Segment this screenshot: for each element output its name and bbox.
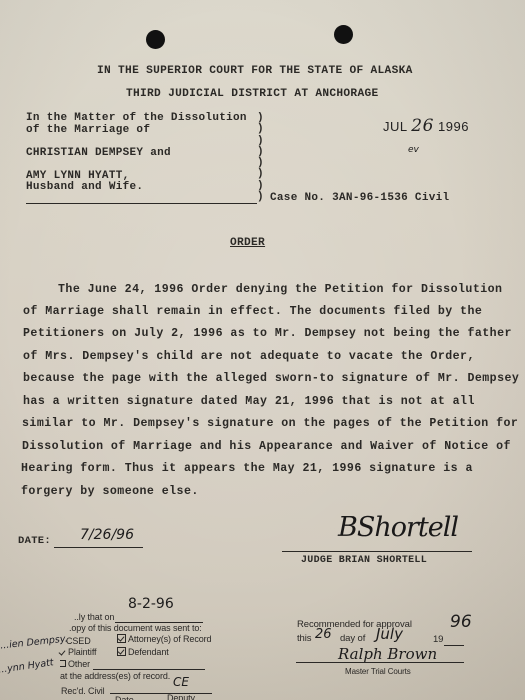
- certificate-address: at the address(es) of record.: [60, 671, 170, 681]
- plaintiff-checkbox: [59, 649, 66, 656]
- master-title: Master Trial Courts: [345, 667, 411, 676]
- body-line: forgery by someone else.: [21, 485, 199, 498]
- caption-parentheses: ) ) ) ) ) ) ) ): [257, 113, 264, 203]
- recipient-plaintiff: Plaintiff: [59, 647, 96, 657]
- approval-year-prefix: 19: [433, 634, 443, 645]
- punch-hole-left: [146, 30, 165, 49]
- recipient-label: Attorney(s) of Record: [128, 634, 211, 644]
- caption-rule: [26, 203, 257, 204]
- date-label: DATE:: [18, 535, 51, 547]
- body-line: Dissolution of Marriage and his Appearan…: [22, 440, 511, 453]
- certificate-line: .opy of this document was sent to:: [69, 623, 202, 633]
- punch-hole-right: [334, 25, 353, 44]
- other-checkbox: [60, 660, 66, 667]
- certificate-date: 8-2-96: [128, 596, 174, 612]
- recipient-other: Other: [60, 659, 90, 669]
- body-line: has a written signature dated May 21, 19…: [23, 395, 475, 408]
- recipient-defendant: Defendant: [117, 647, 169, 657]
- deputy-initials: CE: [173, 675, 189, 689]
- caption-line: of the Marriage of: [26, 124, 150, 136]
- recipient-label: Defendant: [128, 647, 169, 657]
- approval-year: 96: [450, 612, 472, 632]
- body-line: Hearing form. Thus it appears the May 21…: [21, 462, 473, 475]
- attorney-checkbox: [117, 634, 126, 643]
- recipient-label: Plaintiff: [68, 647, 96, 657]
- stamp-year: 1996: [438, 119, 469, 134]
- approval-month: July: [376, 625, 403, 643]
- master-signature-rule: [296, 662, 464, 663]
- stamp-day: 26: [411, 116, 434, 136]
- received-rule: [110, 693, 212, 694]
- caption-line: Husband and Wife.: [26, 181, 143, 193]
- received-label: Rec'd. Civil: [61, 686, 105, 696]
- judicial-district: THIRD JUDICIAL DISTRICT AT ANCHORAGE: [126, 88, 379, 100]
- date-column-label: Date: [115, 695, 134, 700]
- recipient-csed: CSED: [66, 636, 91, 646]
- clerk-initials: ev: [408, 145, 419, 155]
- document-title: ORDER: [230, 237, 265, 249]
- defendant-checkbox: [117, 647, 126, 656]
- body-line: of Mrs. Dempsey's child are not adequate…: [23, 350, 475, 363]
- date-rule: [54, 547, 143, 548]
- recipient-label: Other: [68, 659, 90, 669]
- recipient-label: CSED: [66, 636, 91, 646]
- filed-date-stamp: JUL 26 1996: [383, 116, 469, 136]
- body-line: The June 24, 1996 Order denying the Peti…: [58, 283, 502, 296]
- stamp-month: JUL: [383, 119, 407, 134]
- master-signature: Ralph Brown: [338, 645, 437, 663]
- other-rule: [93, 669, 205, 670]
- recipient-attorney: Attorney(s) of Record: [117, 634, 211, 644]
- approval-day: 26: [315, 627, 332, 642]
- caption-line: In the Matter of the Dissolution: [26, 112, 247, 124]
- case-number: Case No. 3AN-96-1536 Civil: [270, 192, 449, 204]
- body-line: similar to Mr. Dempsey's signature on th…: [22, 417, 518, 430]
- judge-signature: BShortell: [338, 512, 458, 543]
- approval-year-rule: [444, 645, 464, 646]
- certificate-line: ..ly that on: [74, 612, 114, 622]
- body-line: Petitioners on July 2, 1996 as to Mr. De…: [23, 327, 512, 340]
- body-line: of Marriage shall remain in effect. The …: [23, 305, 482, 318]
- approval-day-label: day of: [340, 633, 365, 644]
- approval-this-label: this: [297, 633, 311, 644]
- signature-rule: [282, 551, 472, 552]
- deputy-column-label: Deputy: [167, 693, 195, 700]
- judge-name: JUDGE BRIAN SHORTELL: [301, 555, 427, 566]
- caption-petitioner: CHRISTIAN DEMPSEY and: [26, 147, 171, 159]
- body-line: because the page with the alleged sworn-…: [23, 372, 519, 385]
- signed-date: 7/26/96: [80, 527, 134, 543]
- court-name: IN THE SUPERIOR COURT FOR THE STATE OF A…: [97, 65, 413, 77]
- margin-note: ...ynn Hyatt: [0, 657, 54, 676]
